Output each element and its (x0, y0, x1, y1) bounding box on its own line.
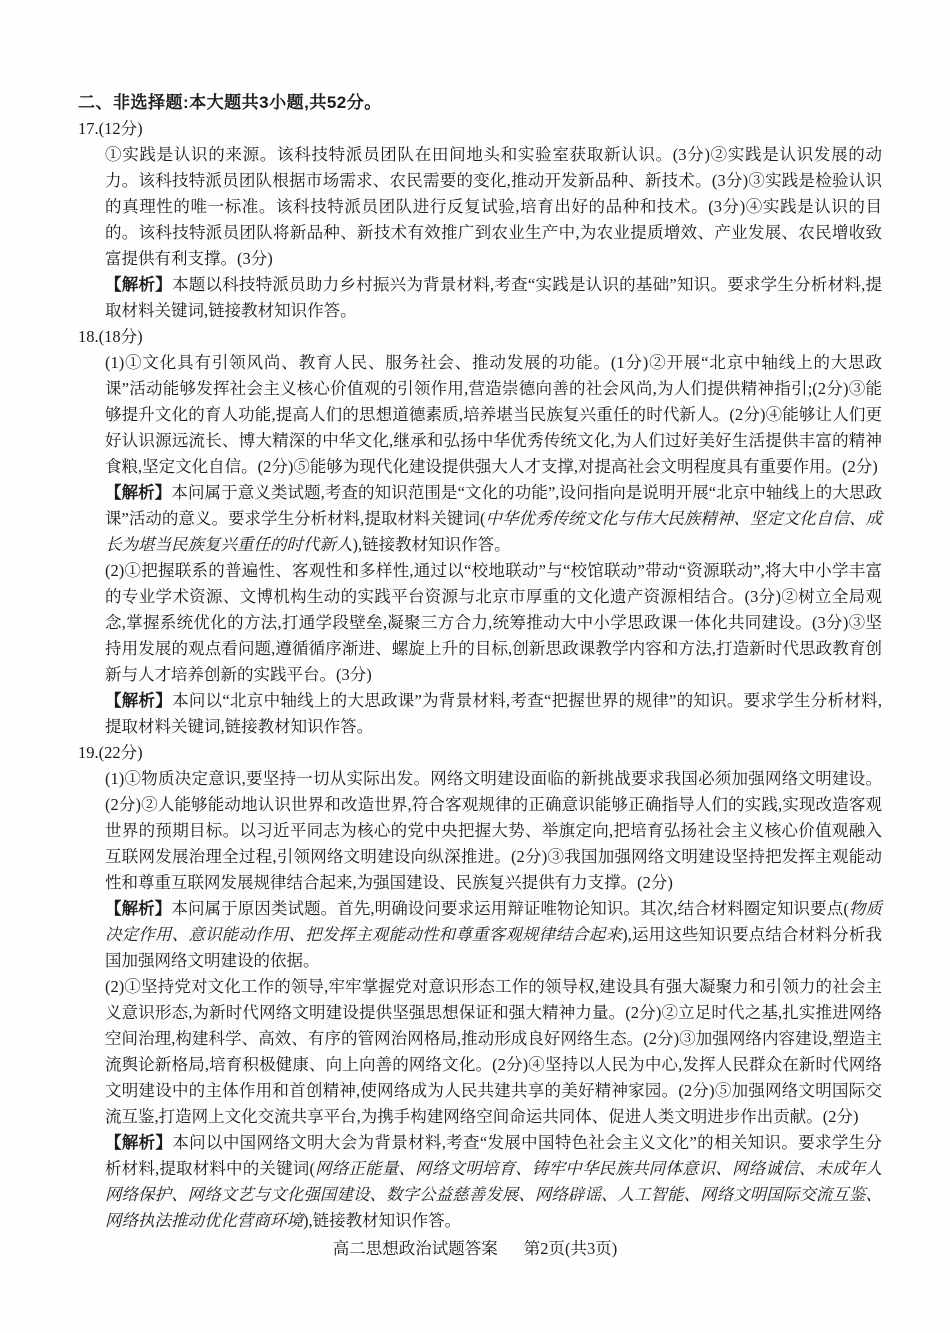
question-19-number: 19.(22分) (78, 740, 882, 766)
analysis-text: 本题以科技特派员助力乡村振兴为背景材料,考查“实践是认识的基础”知识。要求学生分… (105, 275, 882, 320)
question-17: 17.(12分) ①实践是认识的来源。该科技特派员团队在田间地头和实验室获取新认… (78, 116, 882, 324)
answer-paragraph: (2)①坚持党对文化工作的领导,牢牢掌握党对意识形态工作的领导权,建设具有强大凝… (105, 974, 882, 1130)
answer-paragraph: (1)①文化具有引领风尚、教育人民、服务社会、推动发展的功能。(1分)②开展“北… (105, 350, 882, 480)
exam-answer-page: 二、非选择题:本大题共3小题,共52分。 17.(12分) ①实践是认识的来源。… (0, 0, 950, 1333)
answer-paragraph: (2)①把握联系的普遍性、客观性和多样性,通过以“校地联动”与“校馆联动”带动“… (105, 558, 882, 688)
analysis-paragraph: 【解析】本问以“北京中轴线上的大思政课”为背景材料,考查“把握世界的规律”的知识… (105, 688, 882, 740)
page-footer: 高二思想政治试题答案第2页(共3页) (0, 1236, 950, 1262)
footer-title: 高二思想政治试题答案 (333, 1239, 498, 1258)
analysis-text: ),链接教材知识作答。 (303, 1211, 461, 1230)
answer-paragraph: ①实践是认识的来源。该科技特派员团队在田间地头和实验室获取新认识。(3分)②实践… (105, 142, 882, 272)
analysis-text: 本问属于原因类试题。首先,明确设问要求运用辩证唯物论知识。其次,结合材料圈定知识… (171, 899, 848, 918)
answer-paragraph: (1)①物质决定意识,要坚持一切从实际出发。网络文明建设面临的新挑战要求我国必须… (105, 766, 882, 896)
question-18-body: (1)①文化具有引领风尚、教育人民、服务社会、推动发展的功能。(1分)②开展“北… (105, 350, 882, 740)
footer-page-number: 第2页(共3页) (524, 1239, 618, 1258)
question-17-body: ①实践是认识的来源。该科技特派员团队在田间地头和实验室获取新认识。(3分)②实践… (105, 142, 882, 324)
analysis-label: 【解析】 (105, 276, 172, 294)
question-18-number: 18.(18分) (78, 324, 882, 350)
question-18: 18.(18分) (1)①文化具有引领风尚、教育人民、服务社会、推动发展的功能。… (78, 324, 882, 740)
analysis-paragraph: 【解析】本题以科技特派员助力乡村振兴为背景材料,考查“实践是认识的基础”知识。要… (105, 272, 882, 324)
analysis-label: 【解析】 (105, 1134, 172, 1152)
section-heading: 二、非选择题:本大题共3小题,共52分。 (78, 90, 882, 116)
analysis-paragraph: 【解析】本问以中国网络文明大会为背景材料,考查“发展中国特色社会主义文化”的相关… (105, 1130, 882, 1234)
analysis-label: 【解析】 (105, 900, 171, 918)
analysis-text: 本问以“北京中轴线上的大思政课”为背景材料,考查“把握世界的规律”的知识。要求学… (105, 691, 882, 736)
question-19-body: (1)①物质决定意识,要坚持一切从实际出发。网络文明建设面临的新挑战要求我国必须… (105, 766, 882, 1234)
analysis-paragraph: 【解析】本问属于原因类试题。首先,明确设问要求运用辩证唯物论知识。其次,结合材料… (105, 896, 882, 974)
question-17-number: 17.(12分) (78, 116, 882, 142)
analysis-text: ),链接教材知识作答。 (353, 535, 511, 554)
question-19: 19.(22分) (1)①物质决定意识,要坚持一切从实际出发。网络文明建设面临的… (78, 740, 882, 1234)
analysis-label: 【解析】 (105, 484, 171, 502)
analysis-label: 【解析】 (105, 692, 172, 710)
analysis-paragraph: 【解析】本问属于意义类试题,考查的知识范围是“文化的功能”,设问指向是说明开展“… (105, 480, 882, 558)
